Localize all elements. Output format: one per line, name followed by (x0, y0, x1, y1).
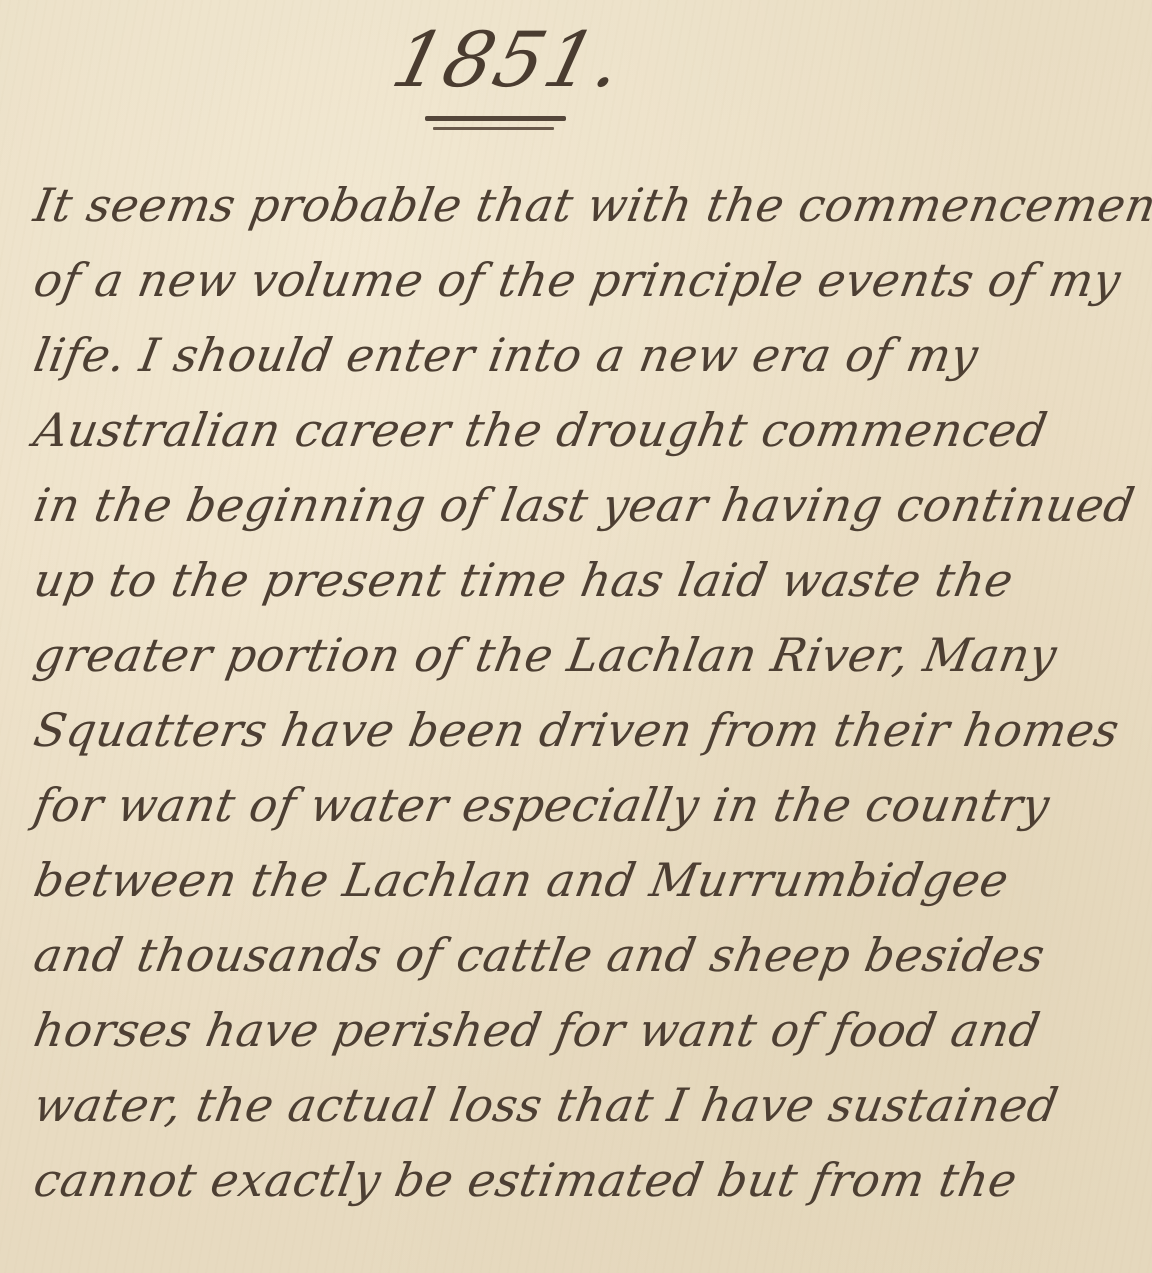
manuscript-line: between the Lachlan and Murrumbidgee (28, 843, 1151, 918)
handwritten-body: It seems probable that with the commence… (28, 168, 1138, 1218)
manuscript-page: 1851. It seems probable that with the co… (0, 0, 1152, 1273)
year-heading: 1851. (386, 22, 625, 98)
manuscript-line: and thousands of cattle and sheep beside… (28, 918, 1151, 993)
manuscript-line: life. I should enter into a new era of m… (28, 318, 1151, 393)
manuscript-line: Squatters have been driven from their ho… (28, 693, 1151, 768)
manuscript-line: cannot exactly be estimated but from the (28, 1143, 1151, 1218)
manuscript-line: of a new volume of the principle events … (28, 243, 1151, 318)
manuscript-line: in the beginning of last year having con… (28, 468, 1151, 543)
manuscript-line: up to the present time has laid waste th… (28, 543, 1151, 618)
manuscript-line: It seems probable that with the commence… (28, 168, 1151, 243)
heading-underline-thin (433, 127, 554, 130)
manuscript-line: for want of water especially in the coun… (28, 768, 1151, 843)
manuscript-line: Australian career the drought commenced (28, 393, 1151, 468)
manuscript-line: greater portion of the Lachlan River, Ma… (28, 618, 1151, 693)
manuscript-line: horses have perished for want of food an… (28, 993, 1151, 1068)
heading-underline-thick (425, 116, 566, 121)
manuscript-line: water, the actual loss that I have susta… (28, 1068, 1151, 1143)
